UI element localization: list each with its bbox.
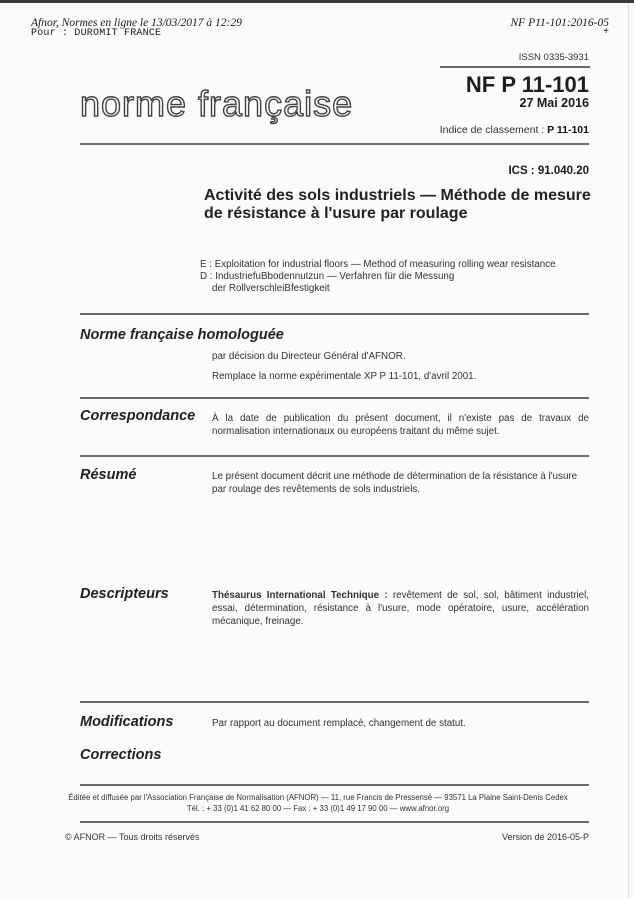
- homologation-heading: Norme française homologuée: [80, 327, 284, 343]
- divider-homologation: [80, 313, 589, 315]
- divider-footer-bottom: [80, 821, 589, 823]
- copyright: © AFNOR — Tous droits réservés: [65, 832, 200, 842]
- homologation-replaces: Remplace la norme expérimentale XP P 11-…: [212, 370, 476, 383]
- standard-date: 27 Mai 2016: [520, 96, 590, 110]
- correspondance-heading: Correspondance: [80, 408, 195, 424]
- classification-label: Indice de classement :: [440, 124, 547, 136]
- title-line-2: de résistance à l'usure par roulage: [204, 205, 604, 223]
- translation-german: D : IndustriefuBbodennutzun — Verfahren …: [200, 271, 556, 283]
- document-title: Activité des sols industriels — Méthode …: [204, 187, 604, 223]
- divider-correspondance: [80, 397, 589, 399]
- publisher-info: Éditée et diffusée par l'Association Fra…: [60, 792, 576, 814]
- translation-german-cont: der RollverschleiBfestigkeit: [200, 283, 556, 295]
- title-translations: E : Exploitation for industrial floors —…: [200, 259, 556, 295]
- publisher-contact: Tél. : + 33 (0)1 41 62 80 00 — Fax : + 3…: [60, 803, 576, 814]
- translation-english: E : Exploitation for industrial floors —…: [200, 259, 556, 271]
- scan-right-edge: [628, 3, 629, 898]
- correspondance-text: À la date de publication du présent docu…: [212, 412, 589, 438]
- modifications-text: Par rapport au document remplacé, change…: [212, 717, 466, 730]
- brand-logo-text: norme française: [80, 83, 353, 125]
- divider-issn: [440, 66, 590, 68]
- divider-modifications: [80, 701, 589, 703]
- corrections-heading: Corrections: [80, 747, 161, 763]
- publisher-address: Éditée et diffusée par l'Association Fra…: [60, 792, 576, 803]
- modifications-heading: Modifications: [80, 714, 173, 730]
- descripteurs-text: Thésaurus International Technique : revê…: [212, 589, 589, 628]
- divider-header: [80, 143, 589, 145]
- scan-top-border: [0, 0, 634, 3]
- resume-heading: Résumé: [80, 467, 136, 483]
- divider-resume: [80, 455, 589, 457]
- classification-value: P 11-101: [547, 124, 589, 136]
- stamp-reference: NF P11-101:2016-05: [511, 17, 609, 29]
- classification-index: Indice de classement : P 11-101: [440, 124, 589, 136]
- version-label: Version de 2016-05-P: [502, 832, 589, 842]
- descripteurs-label: Thésaurus International Technique :: [212, 590, 388, 601]
- title-line-1: Activité des sols industriels — Méthode …: [204, 187, 604, 205]
- resume-text: Le présent document décrit une méthode d…: [212, 470, 592, 496]
- divider-footer-top: [80, 784, 589, 786]
- ics-code: ICS : 91.040.20: [508, 165, 589, 177]
- access-stamp-customer: Pour : DUROMIT FRANCE: [31, 28, 161, 39]
- standard-number: NF P 11-101: [466, 72, 589, 98]
- stamp-plus-mark: +: [603, 26, 609, 37]
- descripteurs-heading: Descripteurs: [80, 586, 169, 602]
- homologation-decision: par décision du Directeur Général d'AFNO…: [212, 350, 406, 363]
- issn: ISSN 0335-3931: [519, 52, 589, 63]
